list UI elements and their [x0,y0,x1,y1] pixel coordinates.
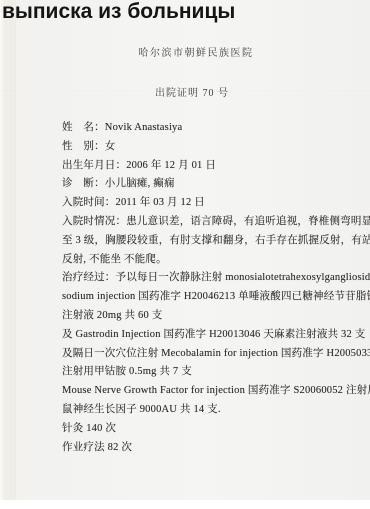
document-title-russian: выписка из больницы [2,0,235,24]
scanned-document-viewport: выписка из больницы 哈尔滨市朝鲜民族医院 出院证明 70 号… [0,0,370,509]
treatment-mecobalamin-line-2: 注射用甲钴胺 0.5mg 共 7 支 [62,363,354,382]
treatment-mecobalamin-line-1: 及隔日一次穴位注射 Mecobalamin for injection 国药准字… [62,345,354,364]
treatment-ngf-line-1: Mouse Nerve Growth Factor for injection … [62,382,354,401]
field-sex: 性 别：女 [62,138,354,157]
field-diagnosis: 诊 断：小儿脑瘫, 癫痫 [62,175,354,194]
admission-condition-line-1: 入院时情况：患儿意识差，语言障碍，有追听追视，脊椎侧弯明显 2 [62,213,354,232]
treatment-ngf-line-2: 鼠神经生长因子 9000AU 共 14 支. [62,401,354,420]
field-birth-date: 出生年月日：2006 年 12 月 01 日 [62,157,354,176]
treatment-gastrodin-line: 及 Gastrodin Injection 国药准字 H20013046 天麻素… [62,326,354,345]
admission-condition-line-2: 至 3 级，胸腰段较重，有肘支撑和翻身，右手存在抓握反射，有站立 [62,232,354,251]
document-body: 姓 名：Novik Anastasiya 性 别：女 出生年月日：2006 年 … [62,119,354,457]
hospital-name: 哈尔滨市朝鲜民族医院 [0,44,370,59]
treatment-course-line-1: 治疗经过：予以每日一次静脉注射 monosialotetrahexosylgan… [62,269,354,288]
treatment-course-line-2: sodium injection 国药准字 H20046213 单唾液酸四已糖神… [62,288,354,307]
field-patient-name: 姓 名：Novik Anastasiya [62,119,354,138]
occupational-therapy-count-line: 作业疗法 82 次 [62,439,354,458]
treatment-course-line-3: 注射液 20mg 共 60 支 [62,307,354,326]
certificate-number-line: 出院证明 70 号 [0,84,370,99]
field-admission-date: 入院时间：2011 年 03 月 12 日 [62,194,354,213]
scan-crease-vertical [15,0,18,500]
admission-condition-line-3: 反射, 不能坐 不能爬。 [62,251,354,270]
acupuncture-count-line: 针灸 140 次 [62,420,354,439]
